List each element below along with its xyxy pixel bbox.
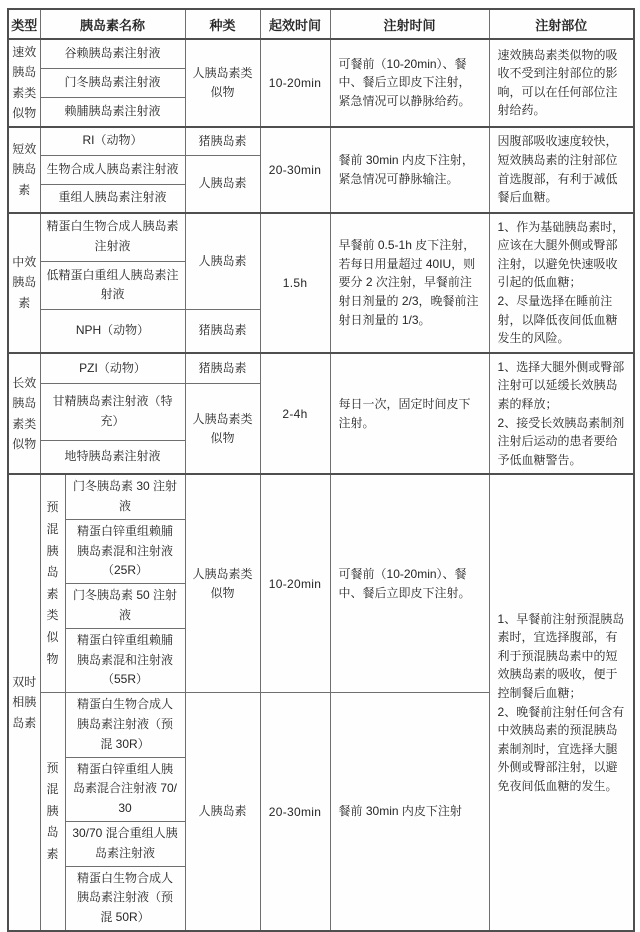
table-row: 双时相胰岛素 预混胰岛素类似物 门冬胰岛素 30 注射液 人胰岛素类似物 10-… xyxy=(8,474,634,519)
table-row: 长效胰岛素类似物 PZI（动物） 猪胰岛素 2-4h 每日一次，固定时间皮下注射… xyxy=(8,353,634,384)
cell-s3-site: 1、选择大腿外侧或臀部注射可以延缓长效胰岛素的释放； 2、接受长效胰岛素制剂注射… xyxy=(489,353,634,475)
cell-s3-name-1: 甘精胰岛素注射液（特充） xyxy=(40,384,185,441)
cell-s3-type: 长效胰岛素类似物 xyxy=(8,353,40,475)
cell-s2-name-2: NPH（动物） xyxy=(40,309,185,352)
document-page: 类型 胰岛素名称 种类 起效时间 注射时间 注射部位 速效胰岛素类似物 谷赖胰岛… xyxy=(0,0,640,932)
cell-s2-kind-human: 人胰岛素 xyxy=(185,213,260,310)
cell-s4b-time: 餐前 30min 内皮下注射 xyxy=(330,693,489,931)
table-row: 短效胰岛素 RI（动物） 猪胰岛素 20-30min 餐前 30min 内皮下注… xyxy=(8,127,634,156)
cell-s2-name-0: 精蛋白生物合成人胰岛素注射液 xyxy=(40,213,185,262)
cell-s0-time: 可餐前（10-20min）、餐中、餐后立即皮下注射，紧急情况可以静脉给药。 xyxy=(330,39,489,127)
cell-s3-kind-analog: 人胰岛素类似物 xyxy=(185,384,260,475)
cell-s2-site: 1、作为基础胰岛素时，应该在大腿外侧或臀部注射，以避免快速吸收引起的低血糖； 2… xyxy=(489,213,634,353)
header-site: 注射部位 xyxy=(489,9,634,39)
cell-s4a-time: 可餐前（10-20min）、餐中、餐后立即皮下注射。 xyxy=(330,474,489,692)
cell-s1-kind-human: 人胰岛素 xyxy=(185,156,260,213)
header-row: 类型 胰岛素名称 种类 起效时间 注射时间 注射部位 xyxy=(8,9,634,39)
cell-s4b-name-2: 30/70 混合重组人胰岛素注射液 xyxy=(65,822,185,867)
cell-s1-site: 因腹部吸收速度较快，短效胰岛素的注射部位首选腹部，有利于减低餐后血糖。 xyxy=(489,127,634,213)
cell-s2-time: 早餐前 0.5-1h 皮下注射，若每日用量超过 40IU，则要分 2 次注射，早… xyxy=(330,213,489,353)
header-onset: 起效时间 xyxy=(260,9,330,39)
insulin-table: 类型 胰岛素名称 种类 起效时间 注射时间 注射部位 速效胰岛素类似物 谷赖胰岛… xyxy=(7,8,635,932)
cell-s4b-name-0: 精蛋白生物合成人胰岛素注射液（预混 30R） xyxy=(65,693,185,757)
cell-s3-time: 每日一次，固定时间皮下注射。 xyxy=(330,353,489,475)
cell-s1-name-2: 重组人胰岛素注射液 xyxy=(40,185,185,213)
cell-s3-onset: 2-4h xyxy=(260,353,330,475)
table-row: 中效胰岛素 精蛋白生物合成人胰岛素注射液 人胰岛素 1.5h 早餐前 0.5-1… xyxy=(8,213,634,262)
cell-s4a-name-2: 门冬胰岛素 50 注射液 xyxy=(65,584,185,629)
cell-s1-type: 短效胰岛素 xyxy=(8,127,40,213)
cell-s1-onset: 20-30min xyxy=(260,127,330,213)
cell-s1-kind-pork: 猪胰岛素 xyxy=(185,127,260,156)
cell-s4a-name-3: 精蛋白锌重组赖脯胰岛素混和注射液（55R） xyxy=(65,628,185,692)
cell-s0-kind: 人胰岛素类似物 xyxy=(185,39,260,127)
header-name: 胰岛素名称 xyxy=(40,9,185,39)
cell-s4a-onset: 10-20min xyxy=(260,474,330,692)
cell-s4b-subtype: 预混胰岛素 xyxy=(40,693,65,931)
cell-s3-kind-pork: 猪胰岛素 xyxy=(185,353,260,384)
cell-s4a-kind: 人胰岛素类似物 xyxy=(185,474,260,692)
table-row: 速效胰岛素类似物 谷赖胰岛素注射液 人胰岛素类似物 10-20min 可餐前（1… xyxy=(8,39,634,69)
cell-s2-onset: 1.5h xyxy=(260,213,330,353)
cell-s0-type: 速效胰岛素类似物 xyxy=(8,39,40,127)
cell-s4a-name-1: 精蛋白锌重组赖脯胰岛素混和注射液（25R） xyxy=(65,519,185,583)
cell-s1-name-1: 生物合成人胰岛素注射液 xyxy=(40,156,185,185)
cell-s2-kind-pork: 猪胰岛素 xyxy=(185,309,260,352)
cell-s0-name-2: 赖脯胰岛素注射液 xyxy=(40,97,185,127)
cell-s2-type: 中效胰岛素 xyxy=(8,213,40,353)
cell-s4a-subtype: 预混胰岛素类似物 xyxy=(40,474,65,692)
cell-s0-name-1: 门冬胰岛素注射液 xyxy=(40,69,185,97)
header-time: 注射时间 xyxy=(330,9,489,39)
cell-s4-type: 双时相胰岛素 xyxy=(8,474,40,931)
cell-s4b-name-1: 精蛋白锌重组人胰岛素混合注射液 70/30 xyxy=(65,757,185,821)
cell-s4b-kind: 人胰岛素 xyxy=(185,693,260,931)
header-kind: 种类 xyxy=(185,9,260,39)
cell-s0-onset: 10-20min xyxy=(260,39,330,127)
cell-s4a-name-0: 门冬胰岛素 30 注射液 xyxy=(65,474,185,519)
header-type: 类型 xyxy=(8,9,40,39)
cell-s1-time: 餐前 30min 内皮下注射，紧急情况可静脉输注。 xyxy=(330,127,489,213)
cell-s0-name-0: 谷赖胰岛素注射液 xyxy=(40,39,185,69)
cell-s1-name-0: RI（动物） xyxy=(40,127,185,156)
cell-s4b-onset: 20-30min xyxy=(260,693,330,931)
cell-s3-name-0: PZI（动物） xyxy=(40,353,185,384)
cell-s4b-name-3: 精蛋白生物合成人胰岛素注射液（预混 50R） xyxy=(65,866,185,931)
cell-s3-name-2: 地特胰岛素注射液 xyxy=(40,440,185,474)
cell-s2-name-1: 低精蛋白重组人胰岛素注射液 xyxy=(40,261,185,309)
cell-s0-site: 速效胰岛素类似物的吸收不受到注射部位的影响，可以在任何部位注射给药。 xyxy=(489,39,634,127)
cell-s4-site: 1、早餐前注射预混胰岛素时，宜选择腹部，有利于预混胰岛素中的短效胰岛素的吸收，便… xyxy=(489,474,634,931)
